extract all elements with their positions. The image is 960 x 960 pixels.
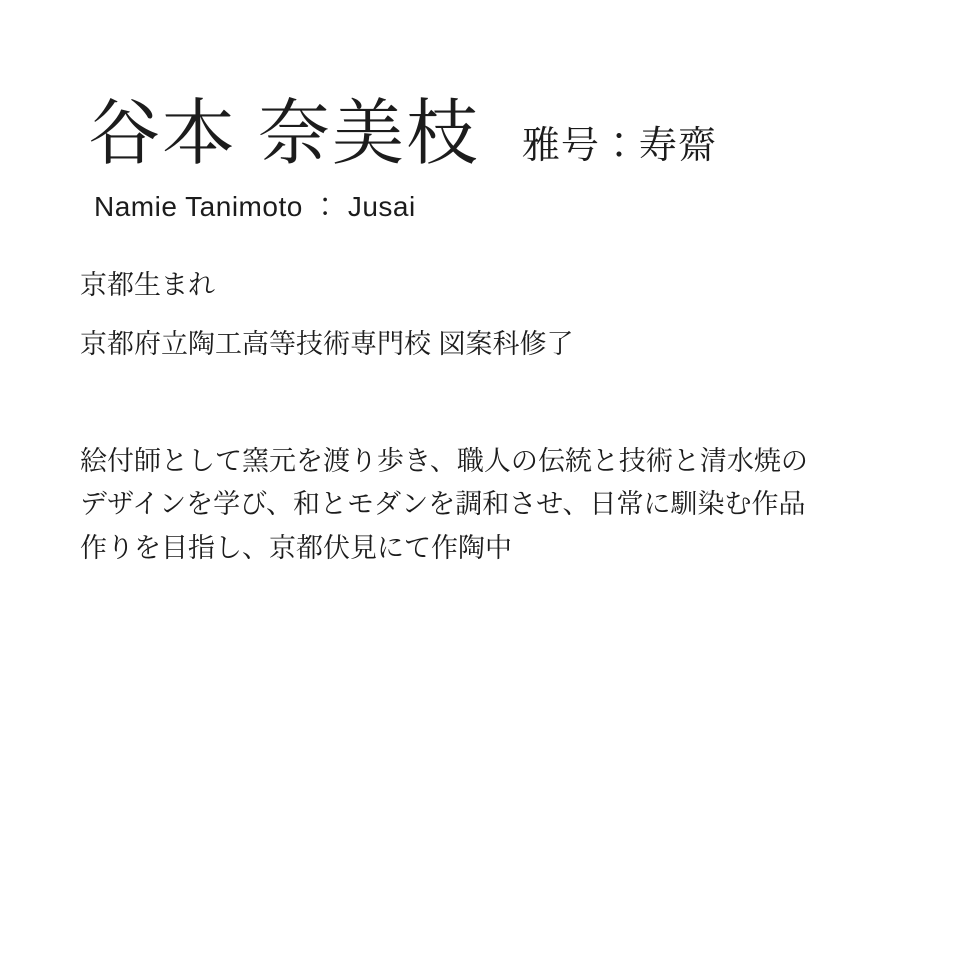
artist-header: 谷本 奈美枝 雅号：寿齋 Namie Tanimoto ： Jusai [80, 93, 900, 223]
birthplace-line: 京都生まれ [80, 269, 900, 301]
description-line-1: 絵付師として窯元を渡り歩き、職人の伝統と技術と清水焼の [80, 440, 900, 483]
description-line-2: デザインを学び、和とモダンを調和させ、日常に馴染む作品 [80, 483, 900, 526]
artist-description: 絵付師として窯元を渡り歩き、職人の伝統と技術と清水焼の デザインを学び、和とモダ… [80, 440, 900, 570]
profile-content: 谷本 奈美枝 雅号：寿齋 Namie Tanimoto ： Jusai 京都生ま… [0, 0, 960, 570]
description-line-3: 作りを目指し、京都伏見にて作陶中 [80, 527, 900, 570]
artist-name: 谷本 奈美枝 [88, 93, 480, 176]
artist-name-romaji: Namie Tanimoto ： Jusai [94, 190, 900, 224]
artist-name-row: 谷本 奈美枝 雅号：寿齋 [80, 93, 900, 176]
artist-profile-page: 谷本 奈美枝 雅号：寿齋 Namie Tanimoto ： Jusai 京都生ま… [0, 0, 960, 960]
artist-bio: 京都生まれ 京都府立陶工高等技術専門校 図案科修了 絵付師として窯元を渡り歩き、… [80, 269, 900, 569]
artist-pen-name: 雅号：寿齋 [522, 114, 717, 169]
education-line: 京都府立陶工高等技術専門校 図案科修了 [80, 328, 900, 360]
